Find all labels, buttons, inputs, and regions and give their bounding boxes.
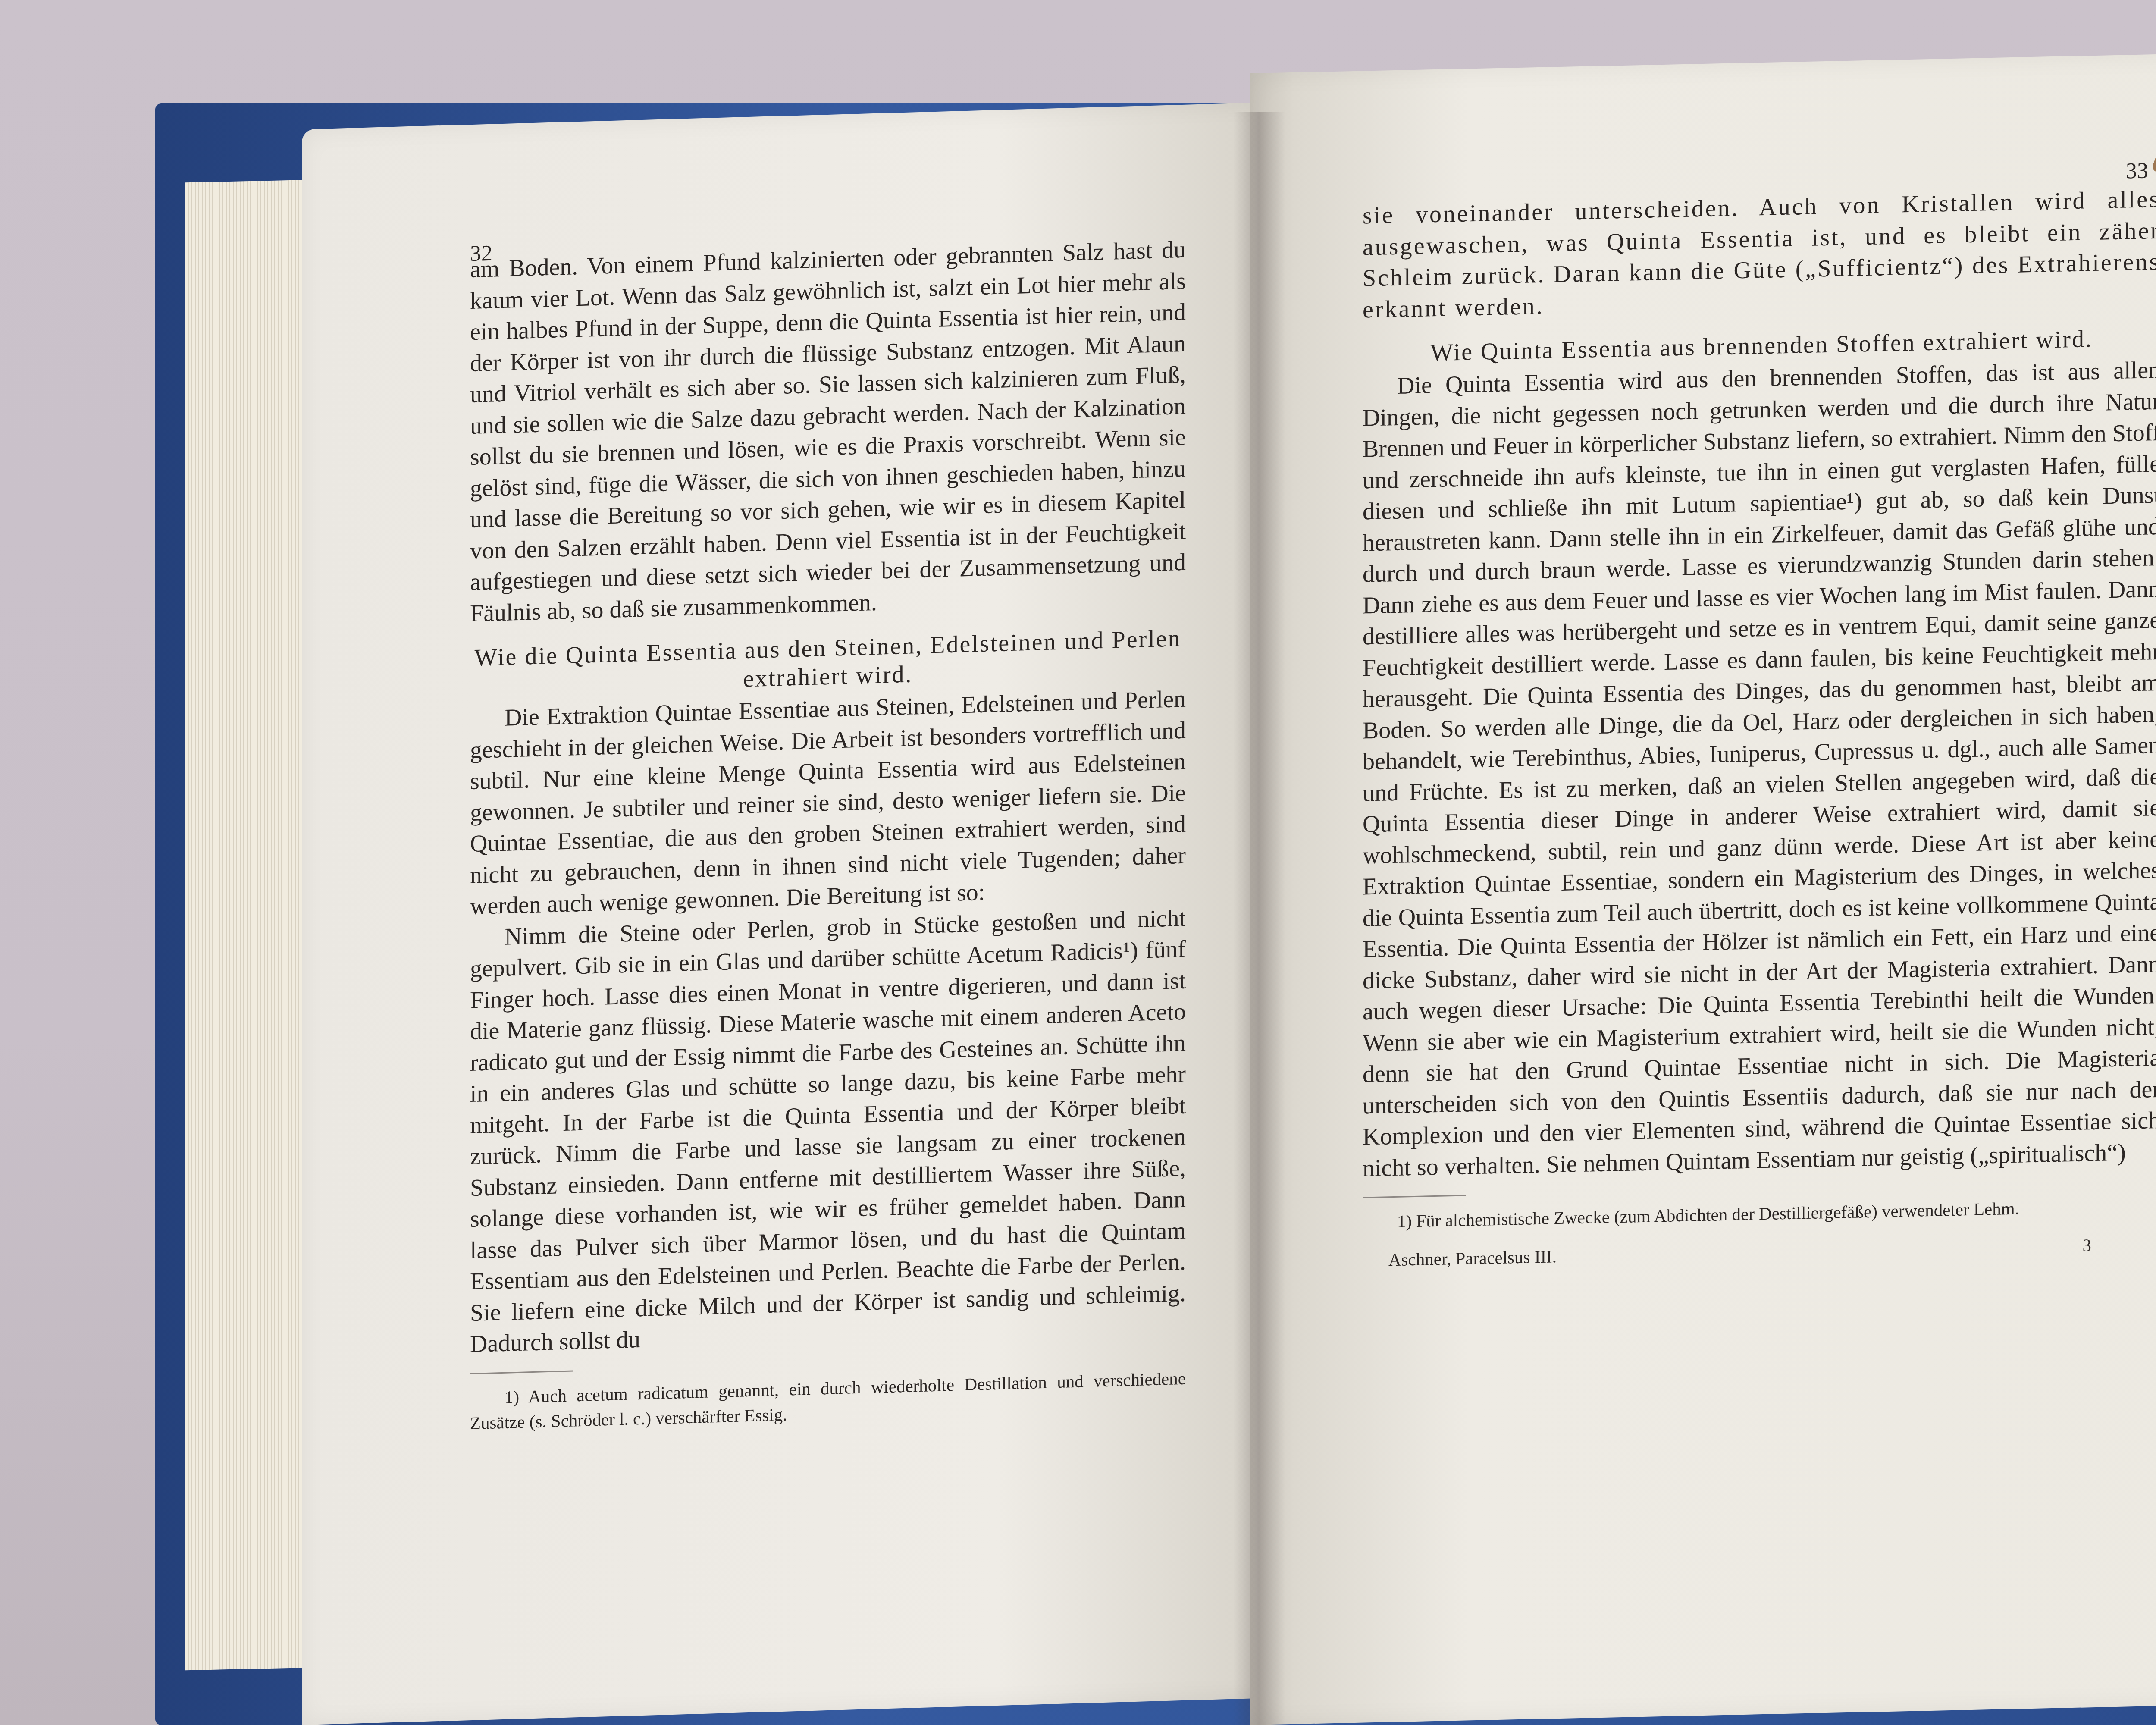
paragraph: am Boden. Von einem Pfund kalzinierten o… <box>470 234 1186 629</box>
paragraph: sie voneinander unterscheiden. Auch von … <box>1363 184 2156 326</box>
paragraph: Die Quinta Essentia wird aus den brennen… <box>1363 354 2156 1184</box>
book-gutter <box>1233 112 1285 1725</box>
right-page: 33 sie voneinander unterscheiden. Auch v… <box>1250 50 2156 1725</box>
left-text-column: am Boden. Von einem Pfund kalzinierten o… <box>470 234 1186 1436</box>
signature-author: Aschner, Paracelsus III. <box>1388 1241 1557 1276</box>
footnote: 1) Auch acetum radicatum genannt, ein du… <box>470 1365 1186 1435</box>
signature-number: 3 <box>2083 1229 2092 1261</box>
paragraph: Die Extraktion Quintae Essentiae aus Ste… <box>470 684 1186 922</box>
left-page: 32 am Boden. Von einem Pfund kalzinierte… <box>302 102 1294 1725</box>
footnote-divider <box>1363 1195 1466 1198</box>
page-edges-left <box>185 180 315 1670</box>
page-number: 33 <box>2126 158 2148 184</box>
footnote-divider <box>470 1370 573 1374</box>
right-text-column: sie voneinander unterscheiden. Auch von … <box>1363 184 2156 1276</box>
footnote: 1) Für alchemistische Zwecke (zum Abdich… <box>1363 1193 2156 1235</box>
signature-line: Aschner, Paracelsus III. 3 <box>1363 1228 2156 1276</box>
paragraph: Nimm die Steine oder Perlen, grob in Stü… <box>470 902 1186 1360</box>
